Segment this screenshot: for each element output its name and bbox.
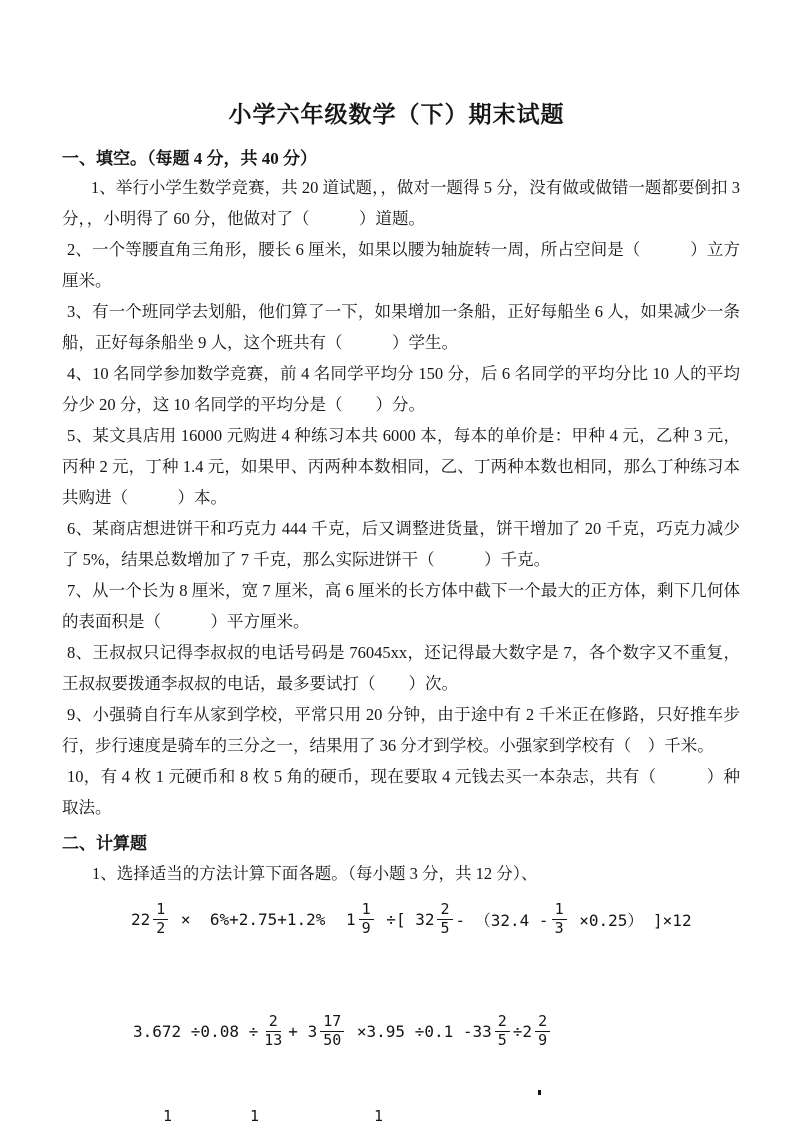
- question-8: 8、王叔叔只记得李叔叔的电话号码是 76045xx，还记得最大数字是 7，各个数…: [62, 637, 740, 699]
- math-text: + 3: [288, 1022, 317, 1041]
- fraction-numerator: 2: [266, 1013, 281, 1031]
- question-7: 7、从一个长为 8 厘米，宽 7 厘米，高 6 厘米的长方体中截下一个最大的正方…: [62, 575, 740, 637]
- fraction-denominator: 9: [359, 920, 374, 937]
- math-text: ÷[ 32: [377, 910, 435, 929]
- fraction-numerator: 1: [153, 901, 168, 919]
- fraction-numerator: 1: [359, 901, 374, 919]
- fraction: 19: [359, 901, 374, 937]
- question-5: 5、某文具店用 16000 元购进 4 种练习本共 6000 本，每本的单价是：…: [62, 420, 740, 513]
- math-text: 22: [131, 910, 150, 929]
- fraction: 1750: [320, 1013, 344, 1049]
- math-expression-3: 3.672 ÷0.08 ÷213+ 31750 ×3.95 ÷0.1 -3325…: [133, 1005, 553, 1057]
- fraction-numerator: 1: [552, 901, 567, 919]
- math-text: 3.672 ÷0.08 ÷: [133, 1022, 258, 1041]
- fraction: 25: [495, 1013, 510, 1049]
- math-text: ×3.95 ÷0.1 -33: [347, 1022, 492, 1041]
- fraction-numerator: 2: [495, 1013, 510, 1031]
- math-text: - （32.4 -: [456, 908, 549, 931]
- fraction: 12: [153, 901, 168, 937]
- fraction-denominator: 13: [261, 1032, 285, 1049]
- fraction-numerator: 2: [437, 901, 452, 919]
- fraction-denominator: 50: [320, 1032, 344, 1049]
- calculation-instruction: 1、选择适当的方法计算下面各题。（每小题 3 分，共 12 分）、: [92, 860, 538, 884]
- math-text: ÷2: [513, 1022, 532, 1041]
- fraction-denominator: 2: [153, 920, 168, 937]
- fraction: 29: [535, 1013, 550, 1049]
- question-6: 6、某商店想进饼干和巧克力 444 千克，后又调整进货量，饼干增加了 20 千克…: [62, 513, 740, 575]
- math-expression-1: 2212 × 6%+2.75+1.2%: [131, 893, 325, 945]
- question-2: 2、一个等腰直角三角形，腰长 6 厘米，如果以腰为轴旋转一周，所占空间是（ ）立…: [62, 234, 740, 296]
- exam-page: 小学六年级数学（下）期末试题 一、填空。（每题 4 分，共 40 分） 1、举行…: [0, 0, 793, 1122]
- question-4: 4、10 名同学参加数学竞赛，前 4 名同学平均分 150 分，后 6 名同学的…: [62, 358, 740, 420]
- fraction-denominator: 5: [495, 1032, 510, 1049]
- section2-heading: 二、计算题: [62, 829, 147, 854]
- math-expression-2: 119 ÷[ 3225- （32.4 -13 ×0.25） ]×12: [346, 893, 692, 945]
- fill-in-questions-list: 1、举行小学生数学竞赛，共 20 道试题，，做对一题得 5 分，没有做或做错一题…: [62, 172, 740, 823]
- fraction-denominator: 9: [535, 1032, 550, 1049]
- question-1: 1、举行小学生数学竞赛，共 20 道试题，，做对一题得 5 分，没有做或做错一题…: [62, 172, 740, 234]
- cutoff-fragment-1: 1: [163, 1107, 172, 1122]
- fraction: 25: [437, 901, 452, 937]
- section1-heading: 一、填空。（每题 4 分，共 40 分）: [62, 144, 317, 169]
- fraction-denominator: 3: [552, 920, 567, 937]
- math-text: ×0.25） ]×12: [570, 908, 692, 931]
- cutoff-fragment-2: 1: [250, 1107, 259, 1122]
- question-10: 10，有 4 枚 1 元硬币和 8 枚 5 角的硬币，现在要取 4 元钱去买一本…: [62, 761, 740, 823]
- page-title: 小学六年级数学（下）期末试题: [0, 96, 793, 129]
- fraction-numerator: 2: [535, 1013, 550, 1031]
- fraction: 13: [552, 901, 567, 937]
- math-text: 1: [346, 910, 356, 929]
- fraction: 213: [261, 1013, 285, 1049]
- math-text: × 6%+2.75+1.2%: [171, 910, 325, 929]
- fraction-numerator: 17: [320, 1013, 344, 1031]
- question-3: 3、有一个班同学去划船，他们算了一下，如果增加一条船，正好每船坐 6 人，如果减…: [62, 296, 740, 358]
- cutoff-fragment-3: 1: [374, 1107, 383, 1122]
- question-9: 9、小强骑自行车从家到学校，平常只用 20 分钟，由于途中有 2 千米正在修路，…: [62, 699, 740, 761]
- fraction-denominator: 5: [437, 920, 452, 937]
- scan-artifact-dot: [538, 1090, 541, 1095]
